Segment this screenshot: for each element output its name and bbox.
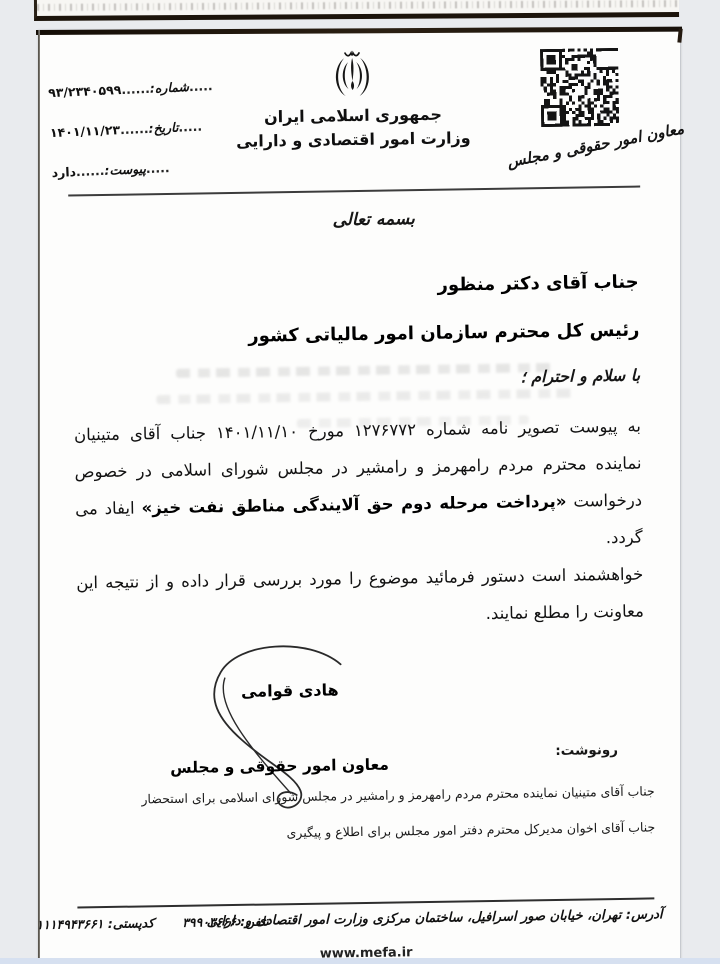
viewer-bottom-strip: [0, 958, 720, 964]
bleed-through-mark: [156, 389, 578, 405]
recipient-name: جناب آقای دکتر منظور: [437, 272, 638, 296]
besmellah-text: بسمه تعالی: [34, 204, 714, 235]
previous-page-sliver: [34, 0, 679, 21]
scan-viewer: شماره:۹۳/۲۳۴۰۵۹۹ تاریخ:۱۴۰۱/۱۱/۲۳ پیوست:…: [0, 0, 720, 964]
body-paragraph-1: به پیوست تصویر نامه شماره ۱۲۷۶۷۷۲ مورخ ۱…: [74, 408, 643, 565]
signer-name: هادی قوامی: [241, 680, 339, 701]
previous-page-text-noise: [37, 0, 679, 11]
footer-phone: تلفن: ۳۹۹۰۳۶۶۶: [182, 913, 269, 929]
letter-body: به پیوست تصویر نامه شماره ۱۲۷۶۷۷۲ مورخ ۱…: [74, 408, 644, 639]
bleed-through-mark: [176, 363, 558, 378]
field-attachment-label: پیوست:: [104, 161, 146, 178]
letter-content: شماره:۹۳/۲۳۴۰۵۹۹ تاریخ:۱۴۰۱/۱۱/۲۳ پیوست:…: [31, 25, 688, 964]
signer-title: معاون امور حقوقی و مجلس: [170, 756, 389, 777]
field-attachment: پیوست:دارد: [51, 158, 223, 205]
letter-page: شماره:۹۳/۲۳۴۰۵۹۹ تاریخ:۱۴۰۱/۱۱/۲۳ پیوست:…: [38, 30, 681, 964]
iran-emblem-icon: [328, 50, 377, 105]
qr-code: [540, 48, 619, 127]
salutation: با سلام و احترام ؛: [520, 366, 640, 387]
footer-postal: کدپستی: ۱۱۱۴۹۴۳۶۶۱: [36, 915, 154, 932]
footer: آدرس: تهران، خیابان صور اسرافیل، ساختمان…: [71, 907, 663, 931]
cc-item: جناب آقای اخوان مدیرکل محترم دفتر امور م…: [286, 819, 655, 840]
body-paragraph-2: خواهشمند است دستور فرمائید موضوع را مورد…: [76, 556, 644, 639]
recipient-title: رئیس کل محترم سازمان امور مالیاتی کشور: [248, 320, 639, 347]
field-number-label: شماره:: [149, 79, 189, 96]
footer-address: آدرس: تهران، خیابان صور اسرافیل، ساختمان…: [311, 907, 663, 928]
footer-divider: [77, 897, 654, 908]
cc-label: رونوشت:: [555, 742, 618, 759]
field-number-value: ۹۳/۲۳۴۰۵۹۹: [48, 78, 213, 100]
body-p1-subject-bold: «پرداخت مرحله دوم حق آلایندگی مناطق نفت …: [141, 492, 566, 518]
